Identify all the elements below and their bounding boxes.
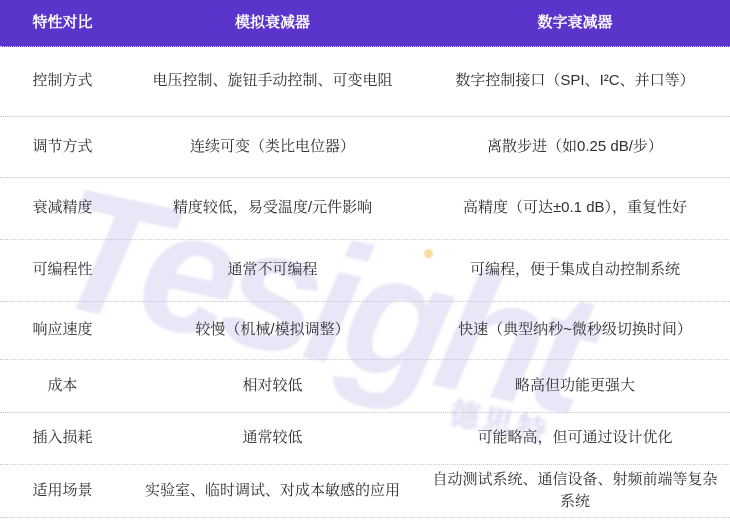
table-header-row: 特性对比 模拟衰减器 数字衰减器 bbox=[0, 0, 730, 47]
table-row: 成本 相对较低 略高但功能更强大 bbox=[0, 360, 730, 413]
analog-value-cell: 通常不可编程 bbox=[125, 240, 420, 301]
feature-name-cell: 适用场景 bbox=[0, 465, 125, 517]
column-header-digital: 数字衰减器 bbox=[420, 0, 730, 46]
digital-value-cell: 快速（典型纳秒~微秒级切换时间） bbox=[420, 302, 730, 359]
comparison-table-image: Tesight 德思特 特性对比 模拟衰减器 数字衰减器 控制方式 电压控制、旋… bbox=[0, 0, 730, 524]
analog-value-cell: 实验室、临时调试、对成本敏感的应用 bbox=[125, 465, 420, 517]
feature-name-cell: 控制方式 bbox=[0, 47, 125, 116]
analog-value-cell: 通常较低 bbox=[125, 413, 420, 464]
digital-value-cell: 数字控制接口（SPI、I²C、并口等） bbox=[420, 47, 730, 116]
analog-value-cell: 连续可变（类比电位器） bbox=[125, 117, 420, 177]
analog-value-cell: 相对较低 bbox=[125, 360, 420, 412]
digital-value-cell: 离散步进（如0.25 dB/步） bbox=[420, 117, 730, 177]
table-row: 适用场景 实验室、临时调试、对成本敏感的应用 自动测试系统、通信设备、射频前端等… bbox=[0, 465, 730, 518]
feature-name-cell: 可编程性 bbox=[0, 240, 125, 301]
digital-value-cell: 可编程，便于集成自动控制系统 bbox=[420, 240, 730, 301]
digital-value-cell: 可能略高，但可通过设计优化 bbox=[420, 413, 730, 464]
table-row: 响应速度 较慢（机械/模拟调整） 快速（典型纳秒~微秒级切换时间） bbox=[0, 302, 730, 360]
digital-value-cell: 高精度（可达±0.1 dB），重复性好 bbox=[420, 178, 730, 239]
digital-value-cell: 自动测试系统、通信设备、射频前端等复杂系统 bbox=[420, 465, 730, 517]
feature-name-cell: 调节方式 bbox=[0, 117, 125, 177]
table-row: 可编程性 通常不可编程 可编程，便于集成自动控制系统 bbox=[0, 240, 730, 302]
feature-name-cell: 成本 bbox=[0, 360, 125, 412]
column-header-feature: 特性对比 bbox=[0, 0, 125, 46]
column-header-analog: 模拟衰减器 bbox=[125, 0, 420, 46]
table-row: 插入损耗 通常较低 可能略高，但可通过设计优化 bbox=[0, 413, 730, 465]
feature-name-cell: 插入损耗 bbox=[0, 413, 125, 464]
analog-value-cell: 精度较低，易受温度/元件影响 bbox=[125, 178, 420, 239]
table-row: 衰减精度 精度较低，易受温度/元件影响 高精度（可达±0.1 dB），重复性好 bbox=[0, 178, 730, 240]
analog-value-cell: 电压控制、旋钮手动控制、可变电阻 bbox=[125, 47, 420, 116]
feature-name-cell: 衰减精度 bbox=[0, 178, 125, 239]
analog-value-cell: 较慢（机械/模拟调整） bbox=[125, 302, 420, 359]
comparison-table: 特性对比 模拟衰减器 数字衰减器 控制方式 电压控制、旋钮手动控制、可变电阻 数… bbox=[0, 0, 730, 518]
table-row: 控制方式 电压控制、旋钮手动控制、可变电阻 数字控制接口（SPI、I²C、并口等… bbox=[0, 47, 730, 117]
feature-name-cell: 响应速度 bbox=[0, 302, 125, 359]
table-row: 调节方式 连续可变（类比电位器） 离散步进（如0.25 dB/步） bbox=[0, 117, 730, 178]
digital-value-cell: 略高但功能更强大 bbox=[420, 360, 730, 412]
